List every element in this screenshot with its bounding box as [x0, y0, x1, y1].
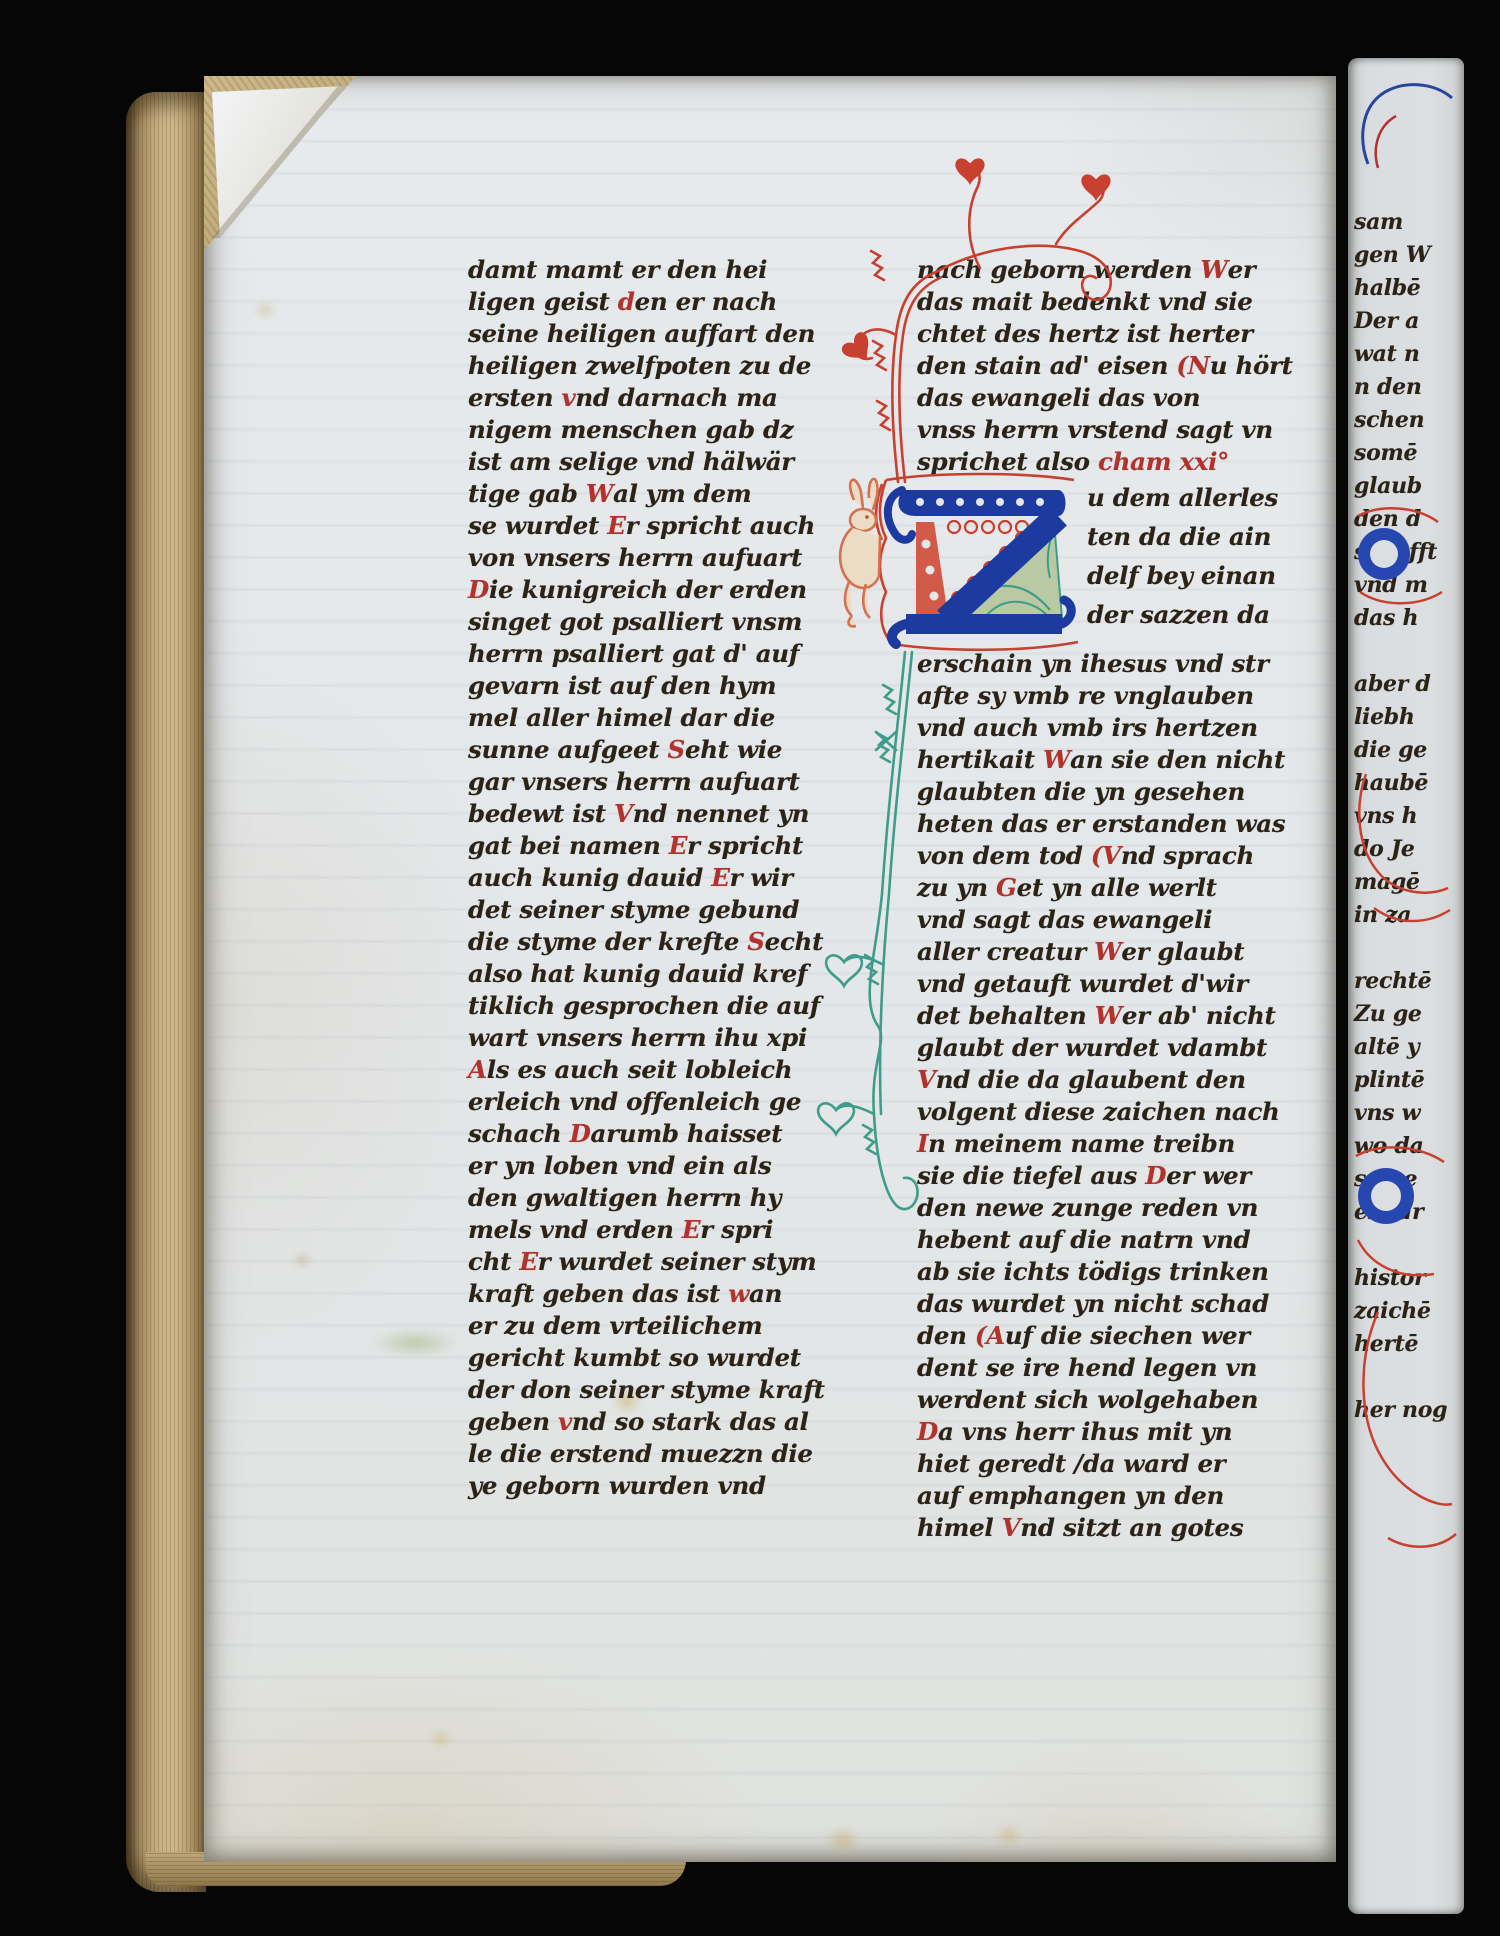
manuscript-line: gat bei namen Er spricht — [468, 830, 830, 862]
initial-letter-value: Z — [0, 0, 1, 1]
sliver-initial-icon — [1350, 496, 1460, 616]
rabbit-eye — [865, 515, 869, 519]
manuscript-line: erleich vnd offenleich ge — [468, 1086, 830, 1118]
manuscript-line: halbē — [1354, 272, 1447, 305]
manuscript-line: Als es auch seit lobleich — [468, 1054, 830, 1086]
manuscript-line: det behalten Wer ab' nicht — [917, 1000, 1297, 1032]
manuscript-line: Der a — [1354, 305, 1447, 338]
manuscript-line: vnd sagt das ewangeli — [917, 904, 1297, 936]
manuscript-line: das wurdet yn nicht schad — [917, 1288, 1297, 1320]
manuscript-line: ab sie ichts tödigs trinken — [917, 1256, 1297, 1288]
manuscript-line: n den — [1354, 371, 1447, 404]
manuscript-line: er yn loben vnd ein als — [468, 1150, 830, 1182]
manuscript-line: sunne aufgeet Seht wie — [468, 734, 830, 766]
manuscript-line: die styme der krefte Secht — [468, 926, 830, 958]
rabbit-drawing-icon — [840, 479, 880, 626]
manuscript-line: seine heiligen auffart den — [468, 318, 830, 350]
manuscript-line: rechtē — [1354, 965, 1447, 998]
manuscript-line: Die kunigreich der erden — [468, 574, 830, 606]
sliver-initial-2-icon — [1350, 1140, 1460, 1290]
manuscript-line: tige gab Wal ym dem — [468, 478, 830, 510]
manuscript-line: von dem tod (Vnd sprach — [917, 840, 1297, 872]
manuscript-line: also hat kunig dauid kref — [468, 958, 830, 990]
manuscript-line: von vnsers herrn aufuart — [468, 542, 830, 574]
manuscript-line: plintē — [1354, 1064, 1447, 1097]
manuscript-line: vnd auch vmb irs hertzen — [917, 712, 1297, 744]
manuscript-line: hertikait Wan sie den nicht — [917, 744, 1297, 776]
manuscript-line — [1354, 635, 1447, 668]
manuscript-line: volgent diese zaichen nach — [917, 1096, 1297, 1128]
manuscript-line: singet got psalliert vnsm — [468, 606, 830, 638]
manuscript-line: der don seiner styme kraft — [468, 1374, 830, 1406]
manuscript-line: afte sy vmb re vnglauben — [917, 680, 1297, 712]
manuscript-line: schach Darumb haisset — [468, 1118, 830, 1150]
manuscript-line: gen W — [1354, 239, 1447, 272]
manuscript-line: hebent auf die natrn vnd — [917, 1224, 1297, 1256]
manuscript-line: wat n — [1354, 338, 1447, 371]
manuscript-line: geben vnd so stark das al — [468, 1406, 830, 1438]
green-penwork-flourish-icon — [800, 644, 970, 1264]
manuscript-line: heten das er erstanden was — [917, 808, 1297, 840]
manuscript-line: le die erstend muezzn die — [468, 1438, 830, 1470]
sliver-penwork-mid-icon — [1348, 768, 1458, 938]
right-column-lower-lines: erschain yn ihesus vnd strafte sy vmb re… — [917, 648, 1297, 1544]
manuscript-line: zu yn Get yn alle werlt — [917, 872, 1297, 904]
manuscript-line: tiklich gesprochen die auf — [468, 990, 830, 1022]
manuscript-line: vns w — [1354, 1097, 1447, 1130]
manuscript-line: gevarn ist auf den hym — [468, 670, 830, 702]
manuscript-line: Vnd die da glaubent den — [917, 1064, 1297, 1096]
sliver-penwork-top-icon — [1348, 68, 1464, 178]
manuscript-line: gericht kumbt so wurdet — [468, 1342, 830, 1374]
manuscript-line: werdent sich wolgehaben — [917, 1384, 1297, 1416]
manuscript-line: ligen geist den er nach — [468, 286, 830, 318]
manuscript-line: dent se ire hend legen vn — [917, 1352, 1297, 1384]
manuscript-line: wart vnsers herrn ihu xpi — [468, 1022, 830, 1054]
manuscript-line: schen — [1354, 404, 1447, 437]
manuscript-line: aber d — [1354, 668, 1447, 701]
manuscript-line: heiligen zwelfpoten zu de — [468, 350, 830, 382]
manuscript-line: Da vns herr ihus mit yn — [917, 1416, 1297, 1448]
manuscript-line: sie die tiefel aus Der wer — [917, 1160, 1297, 1192]
next-page-sliver: samgen WhalbēDer awat nn denschensomēgla… — [1348, 58, 1464, 1914]
red-penwork-flourish-icon — [820, 130, 1160, 490]
manuscript-line: ye geborn wurden vnd — [468, 1470, 830, 1502]
manuscript-photo: samgen WhalbēDer awat nn denschensomēgla… — [0, 0, 1500, 1936]
manuscript-line: aller creatur Wer glaubt — [917, 936, 1297, 968]
manuscript-line: damt mamt er den hei — [468, 254, 830, 286]
manuscript-line: bedewt ist Vnd nennet yn — [468, 798, 830, 830]
manuscript-line: den newe zunge reden vn — [917, 1192, 1297, 1224]
manuscript-line: se wurdet Er spricht auch — [468, 510, 830, 542]
manuscript-line: altē y — [1354, 1031, 1447, 1064]
text-column-left: damt mamt er den heiligen geist den er n… — [468, 254, 830, 1502]
manuscript-line: hiet geredt /da ward er — [917, 1448, 1297, 1480]
manuscript-line: somē — [1354, 437, 1447, 470]
manuscript-line: glaubten die yn gesehen — [917, 776, 1297, 808]
sliver-penwork-bottom-icon — [1348, 1308, 1460, 1558]
manuscript-line: den gwaltigen herrn hy — [468, 1182, 830, 1214]
manuscript-line: glaubt der wurdet vdambt — [917, 1032, 1297, 1064]
manuscript-line: mel aller himel dar die — [468, 702, 830, 734]
manuscript-line: mels vnd erden Er spri — [468, 1214, 830, 1246]
text-column-right: nach geborn werden Werdas mait bedenkt v… — [917, 254, 1297, 1544]
manuscript-line: den (Auf die siechen wer — [917, 1320, 1297, 1352]
page-stack-edge — [126, 92, 206, 1892]
manuscript-line: herrn psalliert gat d' auf — [468, 638, 830, 670]
manuscript-line: er zu dem vrteilichem — [468, 1310, 830, 1342]
manuscript-line: Zu ge — [1354, 998, 1447, 1031]
manuscript-line: In meinem name treibn — [917, 1128, 1297, 1160]
manuscript-line: vnd getauft wurdet d'wir — [917, 968, 1297, 1000]
manuscript-line: himel Vnd sitzt an gotes — [917, 1512, 1297, 1544]
manuscript-line: liebh — [1354, 701, 1447, 734]
manuscript-line: cht Er wurdet seiner stym — [468, 1246, 830, 1278]
manuscript-line: gar vnsers herrn aufuart — [468, 766, 830, 798]
manuscript-line: auf emphangen yn den — [917, 1480, 1297, 1512]
manuscript-line: die ge — [1354, 734, 1447, 767]
manuscript-line: auch kunig dauid Er wir — [468, 862, 830, 894]
manuscript-line: ist am selige vnd hälwär — [468, 446, 830, 478]
manuscript-line: det seiner styme gebund — [468, 894, 830, 926]
manuscript-line: sam — [1354, 206, 1447, 239]
manuscript-line: nigem menschen gab dz — [468, 414, 830, 446]
manuscript-line: kraft geben das ist wan — [468, 1278, 830, 1310]
illuminated-initial-Z — [816, 470, 1081, 660]
manuscript-line: ersten vnd darnach ma — [468, 382, 830, 414]
